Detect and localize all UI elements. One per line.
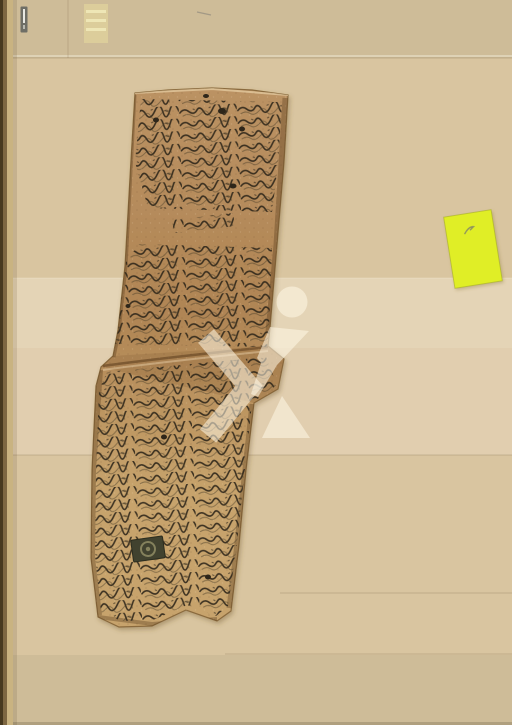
- seal-stamp: [131, 536, 166, 562]
- ghost-note: [84, 4, 108, 43]
- text-block-middle: [115, 244, 272, 347]
- barcode-label: [21, 7, 28, 33]
- watermark-dot: [277, 287, 308, 318]
- text-block-upper: [135, 99, 282, 212]
- scan-left-edge: [0, 0, 17, 725]
- manuscript-scan-page: [0, 0, 512, 725]
- background-band-bottom: [0, 655, 512, 725]
- background-band-top: [0, 0, 512, 58]
- scan-canvas: [0, 0, 512, 725]
